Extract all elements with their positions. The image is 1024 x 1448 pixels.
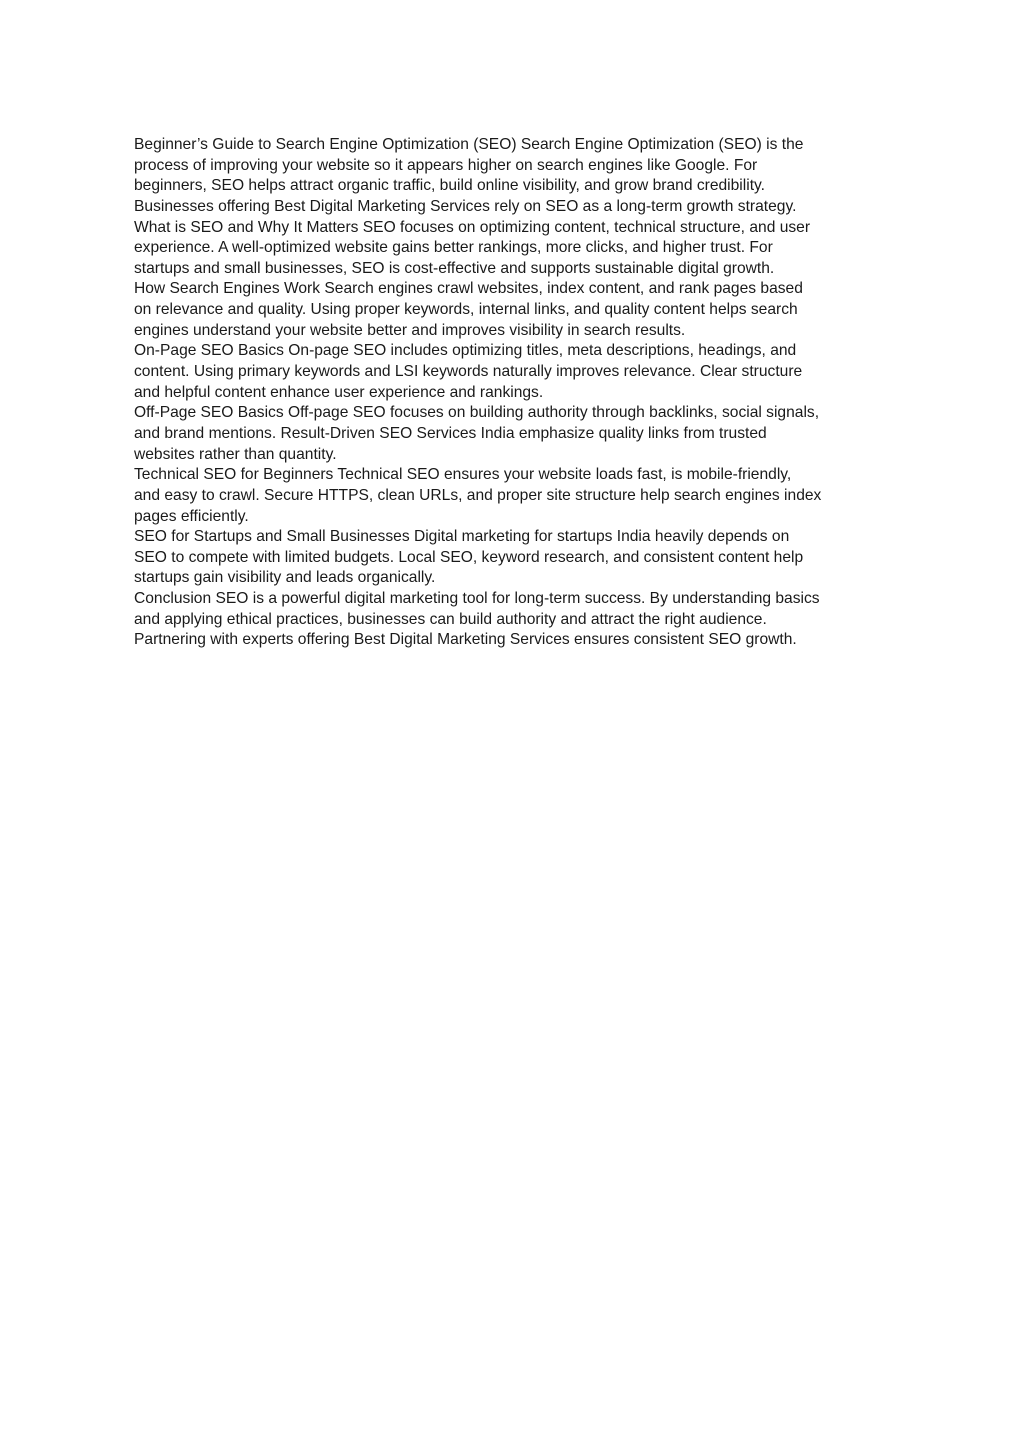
text-line: experience. A well-optimized website gai… — [134, 238, 914, 259]
text-line: content. Using primary keywords and LSI … — [134, 362, 914, 383]
paragraph-seo-for-startups: SEO for Startups and Small Businesses Di… — [134, 527, 914, 589]
text-line: Partnering with experts offering Best Di… — [134, 630, 914, 651]
text-line: on relevance and quality. Using proper k… — [134, 300, 914, 321]
text-line: pages efficiently. — [134, 507, 914, 528]
text-line: engines understand your website better a… — [134, 321, 914, 342]
document-page: Beginner’s Guide to Search Engine Optimi… — [0, 0, 1024, 1448]
text-line: Technical SEO for Beginners Technical SE… — [134, 465, 914, 486]
text-line: startups and small businesses, SEO is co… — [134, 259, 914, 280]
paragraph-what-is-seo: What is SEO and Why It Matters SEO focus… — [134, 218, 914, 280]
text-line: What is SEO and Why It Matters SEO focus… — [134, 218, 914, 239]
paragraph-intro: Beginner’s Guide to Search Engine Optimi… — [134, 135, 914, 218]
text-line: beginners, SEO helps attract organic tra… — [134, 176, 914, 197]
text-line: SEO for Startups and Small Businesses Di… — [134, 527, 914, 548]
text-line: websites rather than quantity. — [134, 445, 914, 466]
text-line: and brand mentions. Result-Driven SEO Se… — [134, 424, 914, 445]
text-line: How Search Engines Work Search engines c… — [134, 279, 914, 300]
text-line: Beginner’s Guide to Search Engine Optimi… — [134, 135, 914, 156]
paragraph-how-search-engines-work: How Search Engines Work Search engines c… — [134, 279, 914, 341]
text-line: On-Page SEO Basics On-page SEO includes … — [134, 341, 914, 362]
text-line: Businesses offering Best Digital Marketi… — [134, 197, 914, 218]
text-line: and applying ethical practices, business… — [134, 610, 914, 631]
text-line: SEO to compete with limited budgets. Loc… — [134, 548, 914, 569]
text-line: Conclusion SEO is a powerful digital mar… — [134, 589, 914, 610]
text-line: and helpful content enhance user experie… — [134, 383, 914, 404]
text-line: process of improving your website so it … — [134, 156, 914, 177]
text-line: startups gain visibility and leads organ… — [134, 568, 914, 589]
paragraph-conclusion: Conclusion SEO is a powerful digital mar… — [134, 589, 914, 651]
text-line: and easy to crawl. Secure HTTPS, clean U… — [134, 486, 914, 507]
text-line: Off-Page SEO Basics Off-page SEO focuses… — [134, 403, 914, 424]
paragraph-off-page-seo: Off-Page SEO Basics Off-page SEO focuses… — [134, 403, 914, 465]
paragraph-on-page-seo: On-Page SEO Basics On-page SEO includes … — [134, 341, 914, 403]
document-body: Beginner’s Guide to Search Engine Optimi… — [134, 135, 914, 651]
paragraph-technical-seo: Technical SEO for Beginners Technical SE… — [134, 465, 914, 527]
